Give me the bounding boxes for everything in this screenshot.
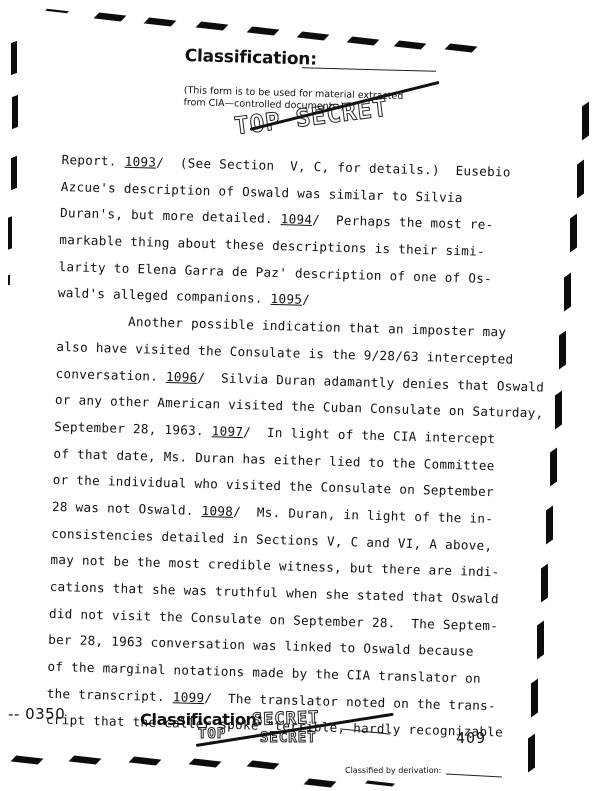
text-segment: / In light of the CIA intercept (243, 424, 496, 446)
classification-heading: Classification: (184, 46, 317, 70)
page-number: 409 (456, 729, 486, 747)
footnote-reference: 1096 (166, 368, 198, 384)
text-segment: / Perhaps the most re- (312, 212, 494, 232)
text-segment: conversation. (55, 365, 166, 383)
document-id: -- 0350 (8, 705, 65, 723)
footnote-reference: 1093 (124, 154, 156, 170)
text-segment: / (See Section V, C, for details.) Euseb… (156, 155, 511, 180)
document-page: Classification: (This form is to be used… (0, 0, 612, 791)
footnote-reference: 1095 (270, 291, 302, 307)
footnote-reference: 1098 (201, 503, 233, 519)
text-segment: wald's alleged companions. (58, 285, 271, 306)
classification-blank-line (302, 67, 436, 72)
body-text: Report. 1093/ (See Section V, C, for det… (46, 147, 532, 747)
text-segment: Report. (61, 152, 124, 169)
text-segment: / (302, 292, 310, 307)
text-segment: September 28, 1963. (54, 419, 212, 438)
footnote-reference: 1097 (212, 423, 244, 439)
text-segment: / Silvia Duran adamantly denies that Osw… (197, 369, 544, 394)
classified-by-label: Classified by derivation: (345, 766, 441, 775)
footnote-reference: 1099 (173, 689, 205, 705)
text-segment: 28 was not Oswald. (52, 499, 202, 518)
text-segment: / Ms. Duran, in light of the in- (233, 504, 493, 526)
text-segment: Duran's, but more detailed. (60, 205, 281, 226)
text-segment: the transcript. (47, 686, 173, 705)
text-segment: Azcue's description of Oswald was simila… (61, 179, 463, 205)
footnote-reference: 1094 (281, 212, 313, 228)
classified-by-blank-line (446, 774, 502, 778)
